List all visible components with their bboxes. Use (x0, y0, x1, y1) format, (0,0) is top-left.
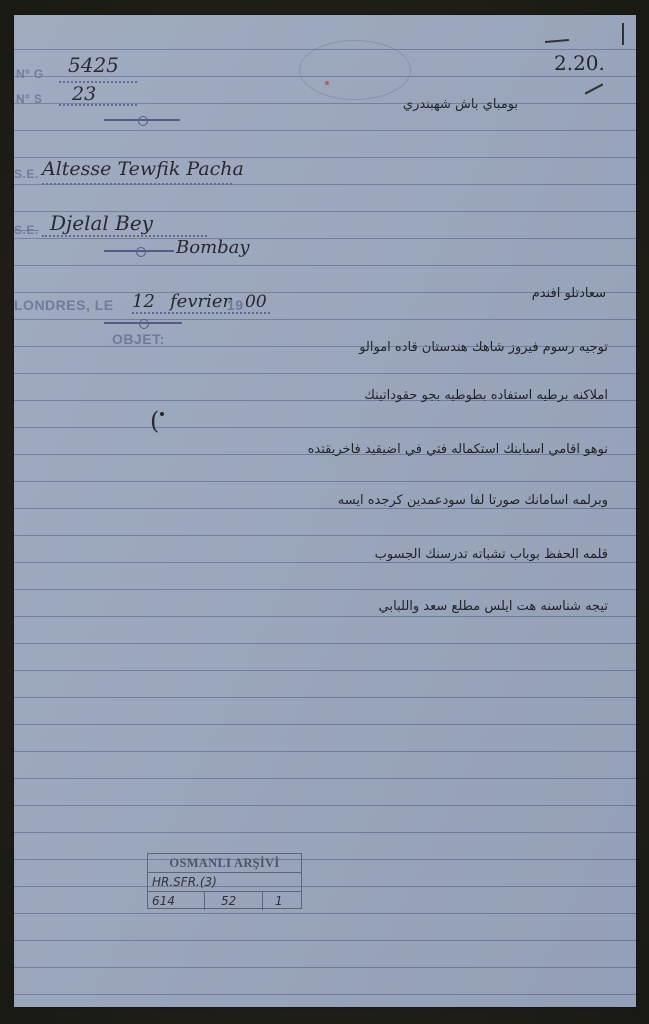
body-line-3: نوهو اقامي اسبابنك استكماله فتي في اضيقي… (308, 442, 608, 457)
date-day: 12 (132, 291, 155, 312)
date-year-suffix: 00 (245, 292, 267, 312)
no-special-value: 23 (72, 83, 96, 105)
archive-box-number: 614 (148, 892, 205, 910)
no-general-line (59, 81, 137, 83)
no-special-label: Nº S (16, 92, 42, 106)
divider-flourish-1 (104, 119, 180, 121)
divider-flourish-2 (104, 250, 174, 252)
margin-dot (160, 412, 164, 416)
date-month: fevrier (170, 291, 231, 312)
no-general-value: 5425 (68, 53, 119, 77)
archive-stamp-title: OSMANLI ARŞİVİ (148, 854, 301, 873)
body-line-4: وبرلمه اسامانك صورتا لفا سودعمدين كرجده … (338, 493, 608, 508)
recipient-2-label: S.E. (14, 223, 39, 237)
body-line-6: تيجه شناسنه هت ايلس مطلع سعد واللبابي (379, 599, 608, 614)
faded-seal-stamp (299, 40, 411, 100)
recipient-1-label: S.E. (14, 167, 39, 181)
archive-stamp-fond-row: HR.SFR.(3) (148, 873, 301, 892)
red-ink-dot (325, 81, 329, 85)
archive-file-number: 52 (205, 892, 263, 910)
corner-slash-mark (585, 83, 604, 94)
divider-flourish-3 (104, 322, 182, 324)
corner-vertical-mark (622, 23, 624, 45)
archive-page-number: 1 (263, 892, 301, 910)
no-special-line (59, 104, 137, 106)
archive-stamp: OSMANLI ARŞİVİ HR.SFR.(3) 614 52 1 (147, 853, 302, 909)
recipient-1-name: Altesse Tewfik Pacha (42, 158, 244, 180)
archive-stamp-ref-row: 614 52 1 (148, 892, 301, 910)
archive-fond-code: HR.SFR.(3) (148, 873, 301, 891)
recipient-2-location: Bombay (176, 237, 250, 258)
corner-annotation: 2.20. (554, 51, 605, 75)
body-line-1: توجيه رسوم فيروز شاهك هندستان قاده اموال… (359, 340, 608, 355)
place-date-label: LONDRES, LE (14, 297, 114, 313)
recipient-1-line (42, 183, 232, 185)
date-year-prefix: 19 (227, 297, 244, 313)
body-line-5: قلمه الحفظ بوباب تشباته تدرسنك الجسوب (375, 547, 608, 562)
top-addressee: بومباي باش شهبندري (403, 97, 518, 112)
salutation: سعادتلو افندم (532, 286, 606, 301)
subject-label: OBJET: (112, 331, 165, 347)
date-line (132, 312, 270, 314)
letter-sheet: Nº G 5425 Nº S 23 S.E. Altesse Tewfik Pa… (14, 15, 636, 1007)
body-line-2: املاكنه برطيه استفاده بطوطيه بجو حقوداتي… (364, 388, 608, 403)
margin-mark: ( (150, 407, 159, 435)
corner-dash-mark (545, 39, 569, 43)
no-general-label: Nº G (16, 67, 44, 81)
recipient-2-name: Djelal Bey (50, 211, 153, 235)
